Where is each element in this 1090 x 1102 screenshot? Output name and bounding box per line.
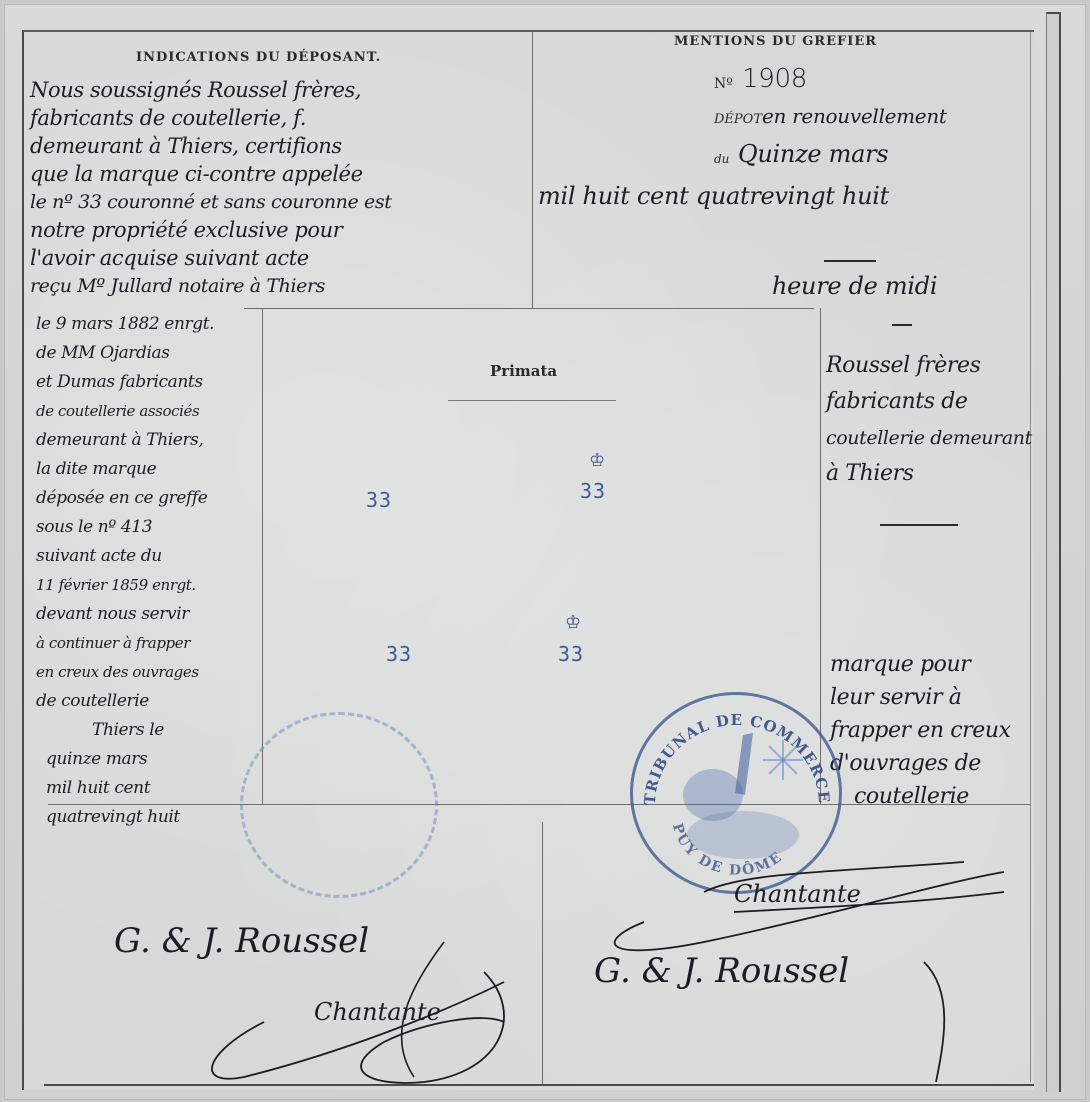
mark-title: Primata: [490, 362, 557, 380]
deposit-number: 1908: [742, 64, 807, 94]
purpose-line: leur servir à: [830, 681, 1011, 714]
svg-text:Chantante: Chantante: [734, 880, 861, 908]
mark-33-plain: 33: [386, 642, 412, 666]
declaration-line: la dite marque: [36, 455, 214, 484]
declaration-line: le nº 33 couronné et sans couronne est: [30, 188, 391, 216]
depot-label: DÉPOT: [714, 112, 762, 127]
declaration-line: quinze mars: [36, 745, 214, 774]
date-label: du: [714, 152, 729, 166]
purpose-line: coutellerie: [830, 780, 1011, 813]
faded-seal-stamp: [240, 712, 438, 898]
date-value: Quinze mars: [738, 140, 888, 168]
declaration-line: de coutellerie: [36, 687, 214, 716]
title-underline: [448, 400, 616, 401]
page-edge: [1046, 12, 1061, 1092]
trademark-deposit-page: INDICATIONS DU DÉPOSANT. MENTIONS DU GRE…: [22, 30, 1034, 1090]
separator-dash: [892, 324, 912, 326]
declaration-line: suivant acte du: [36, 542, 214, 571]
declaration-line: à continuer à frapper: [36, 629, 214, 658]
purpose-line: frapper en creux: [830, 714, 1011, 747]
declaration-line: de MM Ojardias: [36, 339, 214, 368]
declaration-line: en creux des ouvrages: [36, 658, 214, 687]
left-signatures: G. & J. Roussel Chantante: [84, 872, 564, 1092]
depositor-identity: Roussel frères fabricants de coutellerie…: [826, 348, 1032, 492]
separator-dash: [824, 260, 876, 262]
clerk-heading: MENTIONS DU GREFIER: [674, 34, 877, 49]
declaration-line: quatrevingt huit: [36, 803, 214, 832]
mark-33-crowned: 33: [580, 479, 606, 503]
svg-text:Chantante: Chantante: [314, 998, 441, 1026]
depot-value: en renouvellement: [762, 104, 947, 128]
declaration-line: mil huit cent: [36, 774, 214, 803]
depositor-line: à Thiers: [826, 456, 1032, 492]
mark-box-top-rule: [244, 308, 814, 309]
mark-33-plain: 33: [366, 488, 392, 512]
right-signatures: Chantante G. & J. Roussel: [584, 832, 1044, 1092]
declaration-continuation: le 9 mars 1882 enrgt. de MM Ojardias et …: [36, 310, 214, 832]
declaration-line: que la marque ci-contre appelée: [30, 160, 391, 188]
declaration-line: le 9 mars 1882 enrgt.: [36, 310, 214, 339]
declaration-line: fabricants de coutellerie, f.: [30, 104, 391, 132]
depositor-heading: INDICATIONS DU DÉPOSANT.: [136, 50, 381, 65]
declaration-text: Nous soussignés Roussel frères, fabrican…: [30, 76, 391, 300]
separator-dash: [880, 524, 958, 526]
declaration-line: sous le nº 413: [36, 513, 214, 542]
declaration-line: demeurant à Thiers, certifions: [30, 132, 391, 160]
depositor-line: Roussel frères: [826, 348, 1032, 384]
declaration-line: reçu Mº Jullard notaire à Thiers: [30, 272, 391, 300]
svg-text:G. & J. Roussel: G. & J. Roussel: [594, 951, 849, 991]
crown-icon: ♔: [565, 614, 581, 632]
purpose-line: d'ouvrages de: [830, 747, 1011, 780]
depositor-line: fabricants de: [826, 384, 1032, 420]
declaration-line: demeurant à Thiers,: [36, 426, 214, 455]
mark-33-crowned: 33: [558, 642, 584, 666]
svg-text:G. & J. Roussel: G. & J. Roussel: [114, 921, 369, 961]
hour-value: heure de midi: [772, 272, 937, 300]
declaration-line: devant nous servir: [36, 600, 214, 629]
declaration-line: 11 février 1859 enrgt.: [36, 571, 214, 600]
mark-box-left-rule: [262, 308, 263, 804]
declaration-line: et Dumas fabricants: [36, 368, 214, 397]
declaration-line: Thiers le: [36, 716, 214, 745]
declaration-line: l'avoir acquise suivant acte: [30, 244, 391, 272]
crown-icon: ♔: [589, 452, 605, 470]
number-label: Nº: [714, 76, 733, 92]
purpose-line: marque pour: [830, 648, 1011, 681]
depositor-line: coutellerie demeurant: [826, 420, 1032, 456]
declaration-line: de coutellerie associés: [36, 397, 214, 426]
year-value: mil huit cent quatrevingt huit: [538, 182, 889, 210]
declaration-line: notre propriété exclusive pour: [30, 216, 391, 244]
declaration-line: Nous soussignés Roussel frères,: [30, 76, 391, 104]
mark-purpose: marque pour leur servir à frapper en cre…: [830, 648, 1011, 813]
column-divider-top: [532, 32, 533, 308]
declaration-line: déposée en ce greffe: [36, 484, 214, 513]
